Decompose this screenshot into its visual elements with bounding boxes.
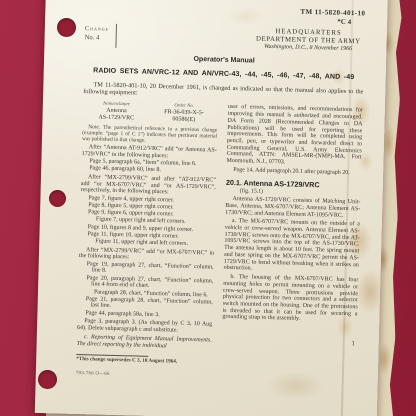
document-title: RADIO SETS AN/VRC-12 AND AN/VRC-43, -44,…: [84, 67, 364, 81]
punch-hole: [49, 190, 66, 207]
body-paragraph: b. The housing of the MX-6707/VRC has fo…: [222, 274, 358, 325]
table-cell: 00586(E): [150, 116, 218, 125]
right-column: user of errors, omissions, and recommend…: [221, 104, 363, 383]
header-row: Change No. 4 HEADQUARTERS DEPARTMENT OF …: [84, 23, 365, 55]
change-label: Change: [85, 24, 110, 34]
manual-type-label: Operator's Manual: [84, 53, 364, 67]
print-code: 793-766 O—66: [76, 371, 211, 380]
body-paragraph: Antenna AS-1729/VRC consists of Matching…: [225, 196, 360, 220]
instruction-paragraph: Page 14. Add paragraph 20.1 after paragr…: [226, 167, 361, 177]
body-paragraph: a. The MX-6707/VRC mounts on the outside…: [224, 218, 360, 275]
punch-hole: [38, 370, 57, 389]
intro-paragraph: TM 11-5820-401-10, 20 December 1961, is …: [83, 81, 363, 103]
equipment-table-col-nomenclature: Nomenclature Antenna AS-1729/VRC: [82, 101, 150, 123]
page-content: Changes in force: C 1 and C 4 TM 11-5820…: [35, 0, 388, 416]
change-number: No. 4: [85, 33, 110, 44]
change-number-box: Change No. 4: [84, 23, 117, 48]
equipment-table: Nomenclature Antenna AS-1729/VRC Order N…: [82, 101, 217, 125]
page-number: 1: [222, 337, 357, 348]
issuing-authority-block: HEADQUARTERS DEPARTMENT OF THE ARMY Wash…: [256, 27, 361, 54]
punch-hole: [57, 18, 76, 37]
instruction-paragraph: After “MX-2799/VRC” and after “AT-912/VR…: [81, 174, 216, 198]
continuation-paragraph: user of errors, omissions, and recommend…: [226, 104, 363, 168]
date-line: Washington, D.C., 8 November 1966: [256, 44, 361, 54]
table-cell: AS-1729/VRC: [82, 114, 150, 123]
two-column-body: Nomenclature Antenna AS-1729/VRC Order N…: [76, 100, 363, 383]
note-paragraph: Note. The parenthetical reference to a p…: [82, 124, 217, 146]
photo-background: Changes in force: C 1 and C 4 TM 11-5820…: [0, 0, 416, 416]
left-column: Nomenclature Antenna AS-1729/VRC Order N…: [76, 100, 218, 379]
substitute-paragraph: c. Reporting of Equipment Manual Improve…: [77, 334, 212, 351]
manual-page: Changes in force: C 1 and C 4 TM 11-5820…: [35, 0, 388, 416]
instruction-paragraph: Page 3, paragraph 3. (As changed by C 3,…: [77, 318, 212, 335]
equipment-table-col-order-no: Order No. FR-36-039-X-5- 00586(E): [150, 103, 218, 125]
supersession-footnote: *This change supersedes C 3, 10 August 1…: [76, 357, 211, 366]
